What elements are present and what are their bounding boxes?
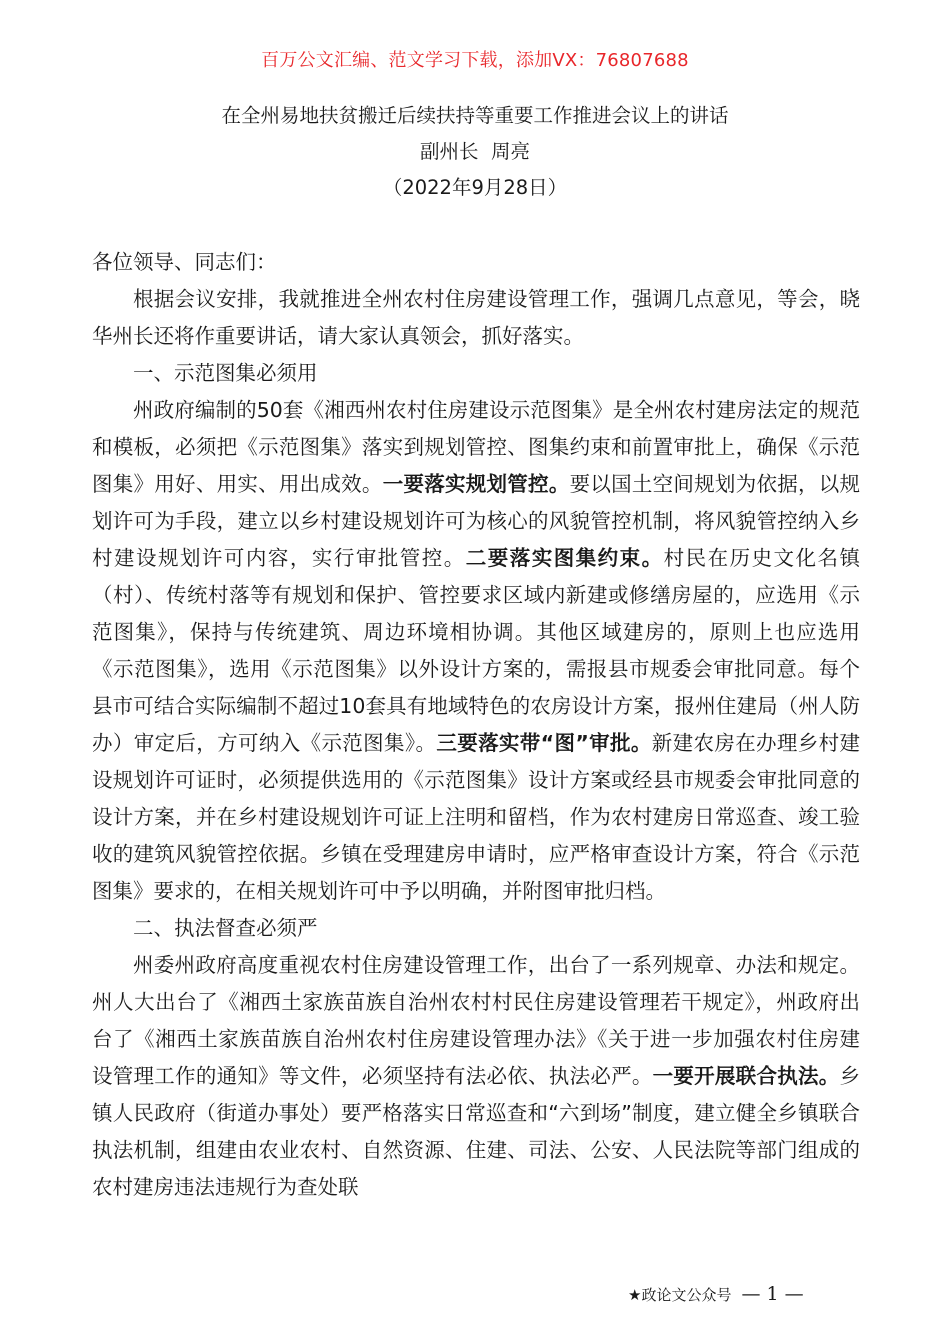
bold-point: 三要落实带“图”审批。 [436,731,651,755]
watermark-banner: 百万公文汇编、范文学习下载，添加VX：76807688 [0,46,950,72]
page-number: — 1 — [741,1283,803,1305]
bold-point: 二要落实图集约束。 [466,546,664,570]
speaker-line: 副州长 周亮 [0,136,950,164]
text-run: 村民在历史文化名镇（村）、传统村落等有规划和保护、管控要求区域内新建或修缮房屋的… [92,546,860,755]
bold-point: 一要开展联合执法。 [653,1064,840,1088]
section-1-paragraph: 州政府编制的50套《湘西州农村住房建设示范图集》是全州农村建房法定的规范和模板，… [92,392,860,910]
text-run: 新建农房在办理乡村建设规划许可证时，必须提供选用的《示范图集》设计方案或经县市规… [92,731,860,903]
footer-source: ★政论文公众号 [628,1286,731,1304]
page-footer: ★政论文公众号— 1 — [628,1283,804,1305]
section-2-paragraph: 州委州政府高度重视农村住房建设管理工作，出台了一系列规章、办法和规定。州人大出台… [92,947,860,1206]
bold-point: 一要落实规划管控。 [383,472,570,496]
speech-date: （2022年9月28日） [0,172,950,200]
section-heading-1: 一、示范图集必须用 [92,355,860,392]
document-body: 各位领导、同志们： 根据会议安排，我就推进全州农村住房建设管理工作，强调几点意见… [92,244,860,1206]
document-title: 在全州易地扶贫搬迁后续扶持等重要工作推进会议上的讲话 [0,100,950,128]
intro-paragraph: 根据会议安排，我就推进全州农村住房建设管理工作，强调几点意见，等会，晓华州长还将… [92,281,860,355]
section-heading-2: 二、执法督查必须严 [92,910,860,947]
salutation: 各位领导、同志们： [92,244,860,281]
